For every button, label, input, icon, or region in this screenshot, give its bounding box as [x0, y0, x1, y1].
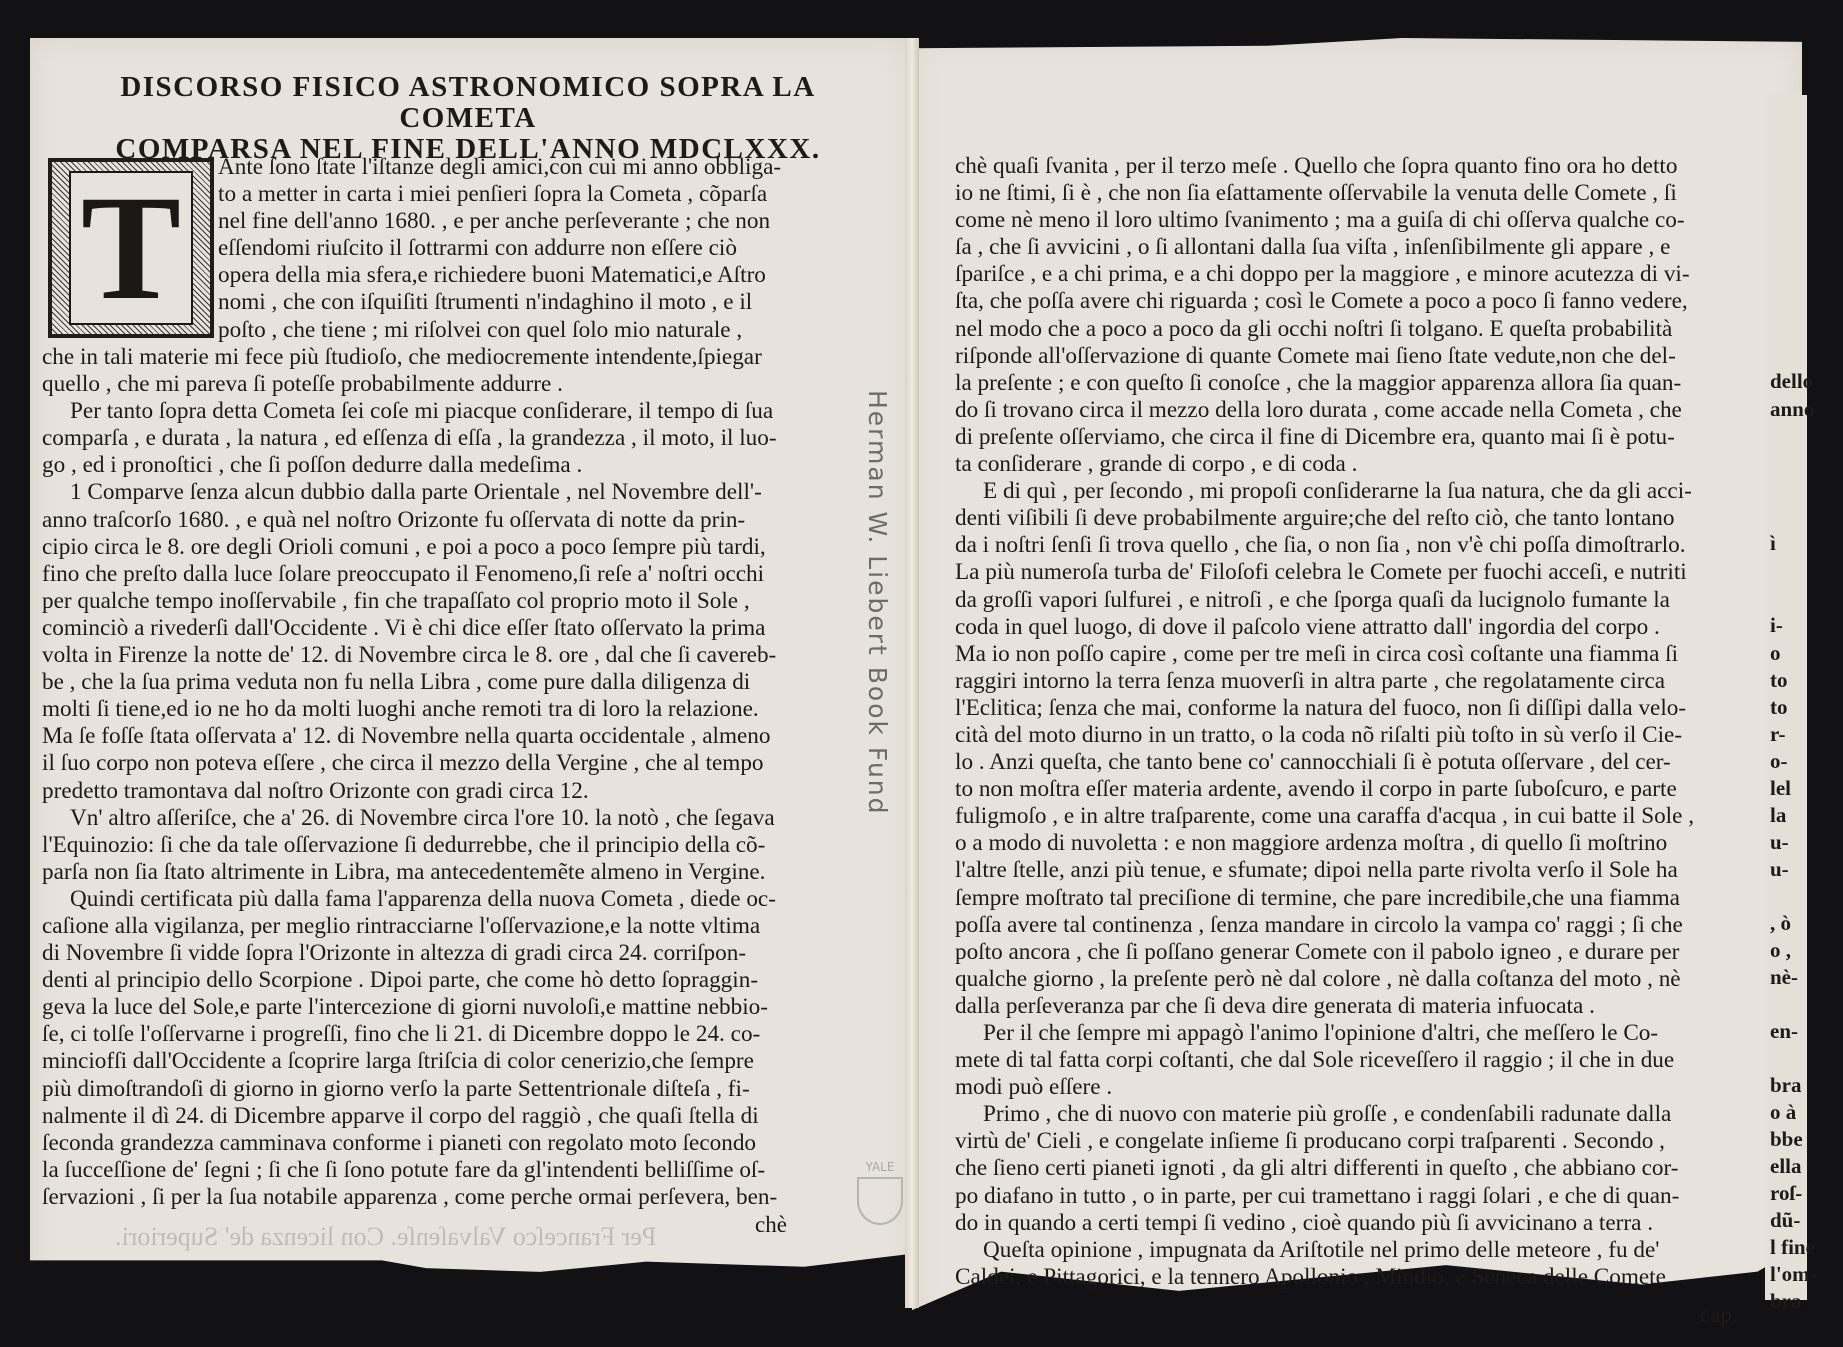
- edge-fragment: to: [1770, 694, 1788, 721]
- text-line: 1 Comparve ſenza alcun dubbio dalla part…: [42, 479, 777, 506]
- text-line: Ma io non poſſo capire , come per tre me…: [955, 641, 1694, 668]
- text-line: l'altre ſtelle, anzi più tenue, e sfumat…: [955, 857, 1694, 884]
- text-line: E di quì , per ſecondo , mi propoſi conſ…: [955, 478, 1694, 505]
- text-line: poſto ancora , che ſi poſſano generar Co…: [955, 939, 1694, 966]
- edge-fragment: r-: [1770, 721, 1786, 748]
- edge-fragment: lel: [1770, 775, 1791, 802]
- text-line: Vn' altro aſſeriſce, che a' 26. di Novem…: [42, 805, 777, 832]
- edge-fragment: , ò: [1770, 910, 1791, 937]
- text-line: to non moſtra eſſer materia ardente, ave…: [955, 776, 1694, 803]
- text-line: cità del moto diurno in un tratto, o la …: [955, 722, 1694, 749]
- text-line: fino che preſto dalla luce ſolare preocc…: [42, 561, 777, 588]
- edge-fragment: l fine: [1770, 1234, 1815, 1261]
- text-line: o a modo di nuvoletta : e non maggiore a…: [955, 830, 1694, 857]
- text-line: cipio circa le 8. ore degli Orioli comun…: [42, 534, 777, 561]
- text-line: virtù de' Cieli , e congelate inſieme ſi…: [955, 1128, 1694, 1155]
- text-line: ta conſiderare , grande di corpo , e di …: [955, 451, 1694, 478]
- text-line: mete di tal fatta corpi coſtanti, che da…: [955, 1047, 1694, 1074]
- show-through-imprint: Per Franceſco Valvaſenſe. Con licenza de…: [115, 1222, 656, 1252]
- text-line: volta in Firenze la notte de' 12. di Nov…: [42, 642, 777, 669]
- text-line: di Novembre ſi vidde ſopra l'Orizonte in…: [42, 940, 777, 967]
- edge-fragment: bra: [1770, 1288, 1802, 1315]
- edge-fragment: dũ-: [1770, 1207, 1800, 1234]
- edge-fragment: anno: [1770, 396, 1814, 423]
- text-line: Ante ſono ſtate l'iſtanze degli amici,co…: [218, 154, 781, 181]
- text-line: dalla perſeveranza par che ſi deva dire …: [955, 993, 1694, 1020]
- edge-fragment: u-: [1770, 829, 1789, 856]
- text-line: denti al principio dello Scorpione . Dip…: [42, 967, 777, 994]
- text-line: chè quaſi ſvanita , per il terzo meſe . …: [955, 153, 1694, 180]
- edge-fragment: ella: [1770, 1153, 1802, 1180]
- text-line: be , che la ſua prima veduta non fu nell…: [42, 669, 777, 696]
- left-page-body-text: che in tali materie mi fece più ſtudioſo…: [42, 344, 777, 1211]
- text-line: Per il che ſempre mi appagò l'animo l'op…: [955, 1020, 1694, 1047]
- text-line: ſa , che ſi avvicini , o ſi allontani da…: [955, 234, 1694, 261]
- text-line: ſempre moſtrato tal preciſione di termin…: [955, 885, 1694, 912]
- edge-fragment: la: [1770, 802, 1786, 829]
- text-line: ſeconda grandezza camminava conforme i p…: [42, 1130, 777, 1157]
- edge-fragment: to: [1770, 667, 1788, 694]
- library-stamp: YALE: [855, 1160, 905, 1230]
- text-line: nel fine dell'anno 1680. , e per anche p…: [218, 208, 781, 235]
- text-line: denti viſibili ſi deve probabilmente arg…: [955, 505, 1694, 532]
- right-page-body-text: chè quaſi ſvanita , per il terzo meſe . …: [955, 153, 1694, 1291]
- text-line: minciofſi dall'Occidente a ſcoprire larg…: [42, 1048, 777, 1075]
- text-line: io ne ſtimi, ſi è , che non ſia eſattame…: [955, 180, 1694, 207]
- text-line: Quindi certificata più dalla fama l'appa…: [42, 886, 777, 913]
- text-line: caſione alla vigilanza, per meglio rintr…: [42, 913, 777, 940]
- text-line: opera della mia sfera,e richiedere buoni…: [218, 262, 781, 289]
- text-line: l'Equinozio: ſi che da tale oſſervazione…: [42, 832, 777, 859]
- text-line: Primo , che di nuovo con materie più gro…: [955, 1101, 1694, 1128]
- text-line: lo . Anzi queſta, che tanto bene co' can…: [955, 749, 1694, 776]
- text-line: la preſente ; e con queſto ſi conoſce , …: [955, 370, 1694, 397]
- left-catchword: chè: [755, 1212, 787, 1238]
- text-line: Caldei, e Pittagorici, e la tennero Apol…: [955, 1264, 1694, 1291]
- text-line: la ſucceſſione de' ſegni ; ſi che ſi ſon…: [42, 1157, 777, 1184]
- text-line: anno traſcorſo 1680. , e quà nel noſtro …: [42, 507, 777, 534]
- text-line: coda in quel luogo, di dove il paſcolo v…: [955, 614, 1694, 641]
- edge-fragment: u-: [1770, 856, 1789, 883]
- text-line: ſe, ci tolſe l'oſſervarne i progreſſi, f…: [42, 1021, 777, 1048]
- text-line: come nè meno il loro ultimo ſvanimento ;…: [955, 207, 1694, 234]
- text-line: ſpariſce , e a chi prima, e a chi doppo …: [955, 261, 1694, 288]
- text-line: go , ed i pronoſtici , che ſi poſſon ded…: [42, 452, 777, 479]
- edge-fragment: o-: [1770, 748, 1788, 775]
- text-line: fuligmoſo , e in altre traſparente, come…: [955, 803, 1694, 830]
- text-line: riſponde all'oſſervazione di quante Come…: [955, 343, 1694, 370]
- text-line: che in tali materie mi fece più ſtudioſo…: [42, 344, 777, 371]
- text-line: Ma ſe foſſe ſtata oſſervata a' 12. di No…: [42, 723, 777, 750]
- handwritten-provenance-note: Herman W. Liebert Book Fund: [863, 390, 892, 816]
- text-line: parſa non ſia ſtato altrimente in Libra,…: [42, 859, 777, 886]
- text-line: poſſa avere tal continenza , ſenza manda…: [955, 912, 1694, 939]
- text-line: ſta, che poſſa avere chi riguarda ; così…: [955, 288, 1694, 315]
- edge-fragment: roſ-: [1770, 1180, 1802, 1207]
- text-line: do ſi trovano circa il mezzo della loro …: [955, 397, 1694, 424]
- text-line: nalmente il dì 24. di Dicembre apparve i…: [42, 1103, 777, 1130]
- edge-fragment: o ,: [1770, 937, 1791, 964]
- text-line: ſervazioni , ſi per la ſua notabile appa…: [42, 1184, 777, 1211]
- edge-fragment: nè-: [1770, 964, 1798, 991]
- text-line: comparſa , e durata , la natura , ed eſſ…: [42, 425, 777, 452]
- left-page-text-beside-initial: Ante ſono ſtate l'iſtanze degli amici,co…: [218, 154, 781, 344]
- text-line: Queſta opinione , impugnata da Ariſtotil…: [955, 1237, 1694, 1264]
- drop-cap-letter: T: [69, 171, 193, 325]
- text-line: qualche giorno , la preſente però nè dal…: [955, 966, 1694, 993]
- edge-fragment: dello: [1770, 368, 1813, 395]
- text-line: per qualche tempo inoſſervabile , fin ch…: [42, 588, 777, 615]
- text-line: nel modo che a poco a poco da gli occhi …: [955, 316, 1694, 343]
- text-line: raggiri intorno la terra ſenza muoverſi …: [955, 668, 1694, 695]
- text-line: modi può eſſere .: [955, 1074, 1694, 1101]
- text-line: to a metter in carta i miei penſieri ſop…: [218, 181, 781, 208]
- text-line: da i noſtri ſenſi ſi trova quello , che …: [955, 532, 1694, 559]
- edge-fragment: i-: [1770, 612, 1783, 639]
- title-line-1: DISCORSO FISICO ASTRONOMICO SOPRA LA COM…: [58, 72, 878, 134]
- stamp-label: YALE: [855, 1160, 905, 1174]
- edge-fragment: l'om-: [1770, 1261, 1817, 1288]
- text-line: geva la luce del Sole,e parte l'intercez…: [42, 994, 777, 1021]
- shield-icon: [857, 1177, 903, 1225]
- text-line: che ſieno certi pianeti ignoti , da gli …: [955, 1155, 1694, 1182]
- text-line: il ſuo corpo non poteva eſſere , che cir…: [42, 750, 777, 777]
- text-line: cominciò a rivederſi dall'Occidente . Vi…: [42, 615, 777, 642]
- edge-fragment: en-: [1770, 1018, 1798, 1045]
- edge-fragment: o à: [1770, 1099, 1796, 1126]
- text-line: do in quando a certi tempi ſi vedino , c…: [955, 1210, 1694, 1237]
- text-line: l'Eclitica; ſenza che mai, conforme la n…: [955, 695, 1694, 722]
- edge-fragment: bra: [1770, 1072, 1802, 1099]
- decorated-initial: T: [48, 158, 214, 338]
- page-gutter: [905, 38, 919, 1308]
- text-line: po diafano in tutto , o in parte, per cu…: [955, 1183, 1694, 1210]
- edge-fragment: ì: [1770, 530, 1776, 557]
- text-line: nomi , che con iſquiſiti ſtrumenti n'ind…: [218, 289, 781, 316]
- text-line: più dimoſtrandoſi di giorno in giorno ve…: [42, 1076, 777, 1103]
- text-line: quello , che mi pareva ſi poteſſe probab…: [42, 371, 777, 398]
- edge-fragment: o: [1770, 640, 1781, 667]
- text-line: Per tanto ſopra detta Cometa ſei coſe mi…: [42, 398, 777, 425]
- text-line: poſto , che tiene ; mi riſolvei con quel…: [218, 317, 781, 344]
- text-line: molti ſi tiene,ed io ne ho da molti luog…: [42, 696, 777, 723]
- text-line: predetto tramontava dal noſtro Orizonte …: [42, 778, 777, 805]
- edge-fragment: bbe: [1770, 1126, 1803, 1153]
- text-line: eſſendomi riuſcito il ſottrarmi con addu…: [218, 235, 781, 262]
- text-line: La più numeroſa turba de' Filoſofi celeb…: [955, 559, 1694, 586]
- text-line: di preſente oſſerviamo, che circa il fin…: [955, 424, 1694, 451]
- document-title: DISCORSO FISICO ASTRONOMICO SOPRA LA COM…: [58, 72, 878, 165]
- right-catchword: cap.: [1700, 1302, 1738, 1328]
- text-line: da groſſi vapori ſulfurei , e nitroſi , …: [955, 587, 1694, 614]
